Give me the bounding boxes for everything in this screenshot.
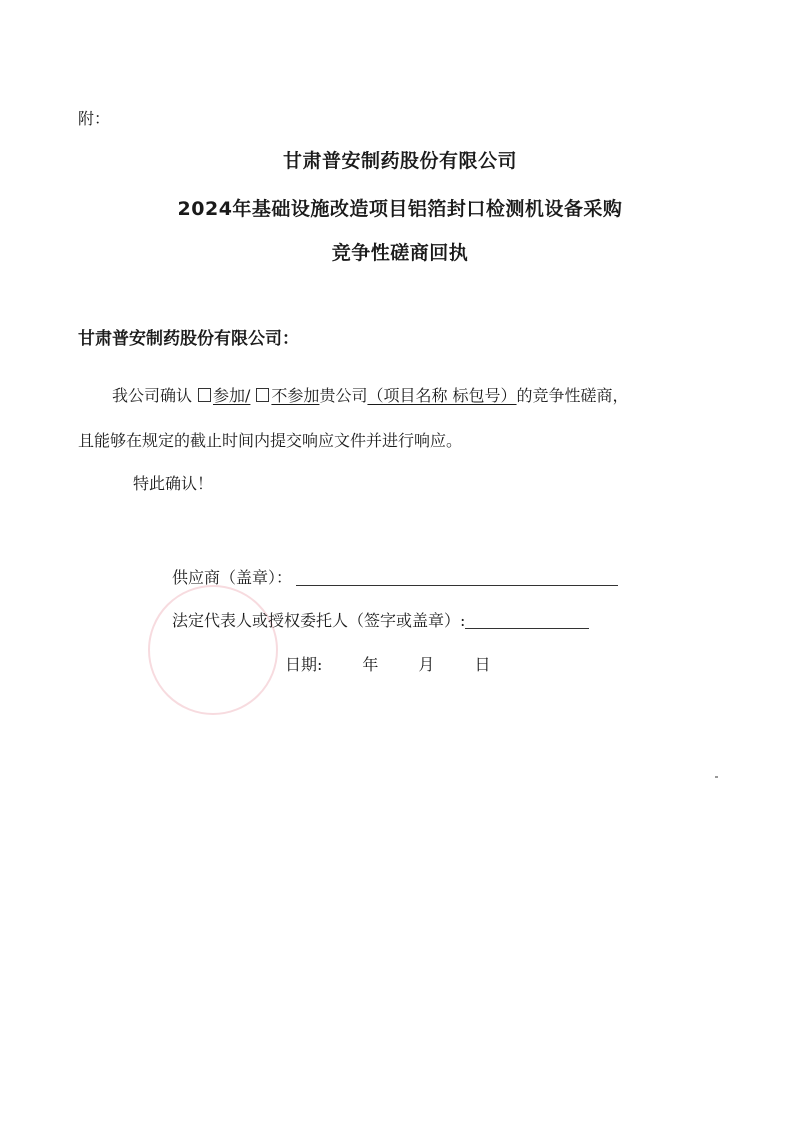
red-seal-stamp <box>148 585 278 715</box>
confirmation-paragraph-line2: 且能够在规定的截止时间内提交响应文件并进行响应。 <box>78 428 462 451</box>
year-label: 年 <box>362 655 378 674</box>
date-label: 日期: <box>285 655 322 674</box>
confirmation-statement: 特此确认！ <box>133 471 213 494</box>
title-document-type: 竞争性磋商回执 <box>0 238 800 265</box>
annex-label: 附： <box>78 106 110 129</box>
date-row: 日期:年月日 <box>285 652 490 675</box>
not-participate-label: 不参加 <box>271 386 319 405</box>
body-prefix: 我公司确认 <box>112 386 192 405</box>
body-suffix: 的竞争性磋商， <box>517 386 629 405</box>
title-company: 甘肃普安制药股份有限公司 <box>0 146 800 173</box>
addressee: 甘肃普安制药股份有限公司： <box>78 324 299 349</box>
month-label: 月 <box>418 655 434 674</box>
representative-label: 法定代表人或授权委托人（签字或盖章）: <box>172 611 465 630</box>
representative-signature-line[interactable] <box>465 614 589 629</box>
participation-options: 参加/不参加 <box>192 386 319 405</box>
supplier-signature-line[interactable] <box>296 571 618 586</box>
day-label: 日 <box>474 655 490 674</box>
project-name-field[interactable]: （项目名称 标包号） <box>367 386 516 405</box>
participate-checkbox[interactable] <box>198 388 211 402</box>
confirmation-paragraph-line1: 我公司确认参加/不参加贵公司（项目名称 标包号）的竞争性磋商， <box>112 383 629 406</box>
supplier-signature-row: 供应商（盖章）： <box>172 565 618 588</box>
representative-signature-row: 法定代表人或授权委托人（签字或盖章）: <box>172 608 589 631</box>
title-project: 2024年基础设施改造项目铝箔封口检测机设备采购 <box>0 194 800 221</box>
supplier-label: 供应商（盖章）： <box>172 568 292 587</box>
scan-speck <box>715 776 718 778</box>
participate-label: 参加/ <box>213 386 250 405</box>
body-middle: 贵公司 <box>319 386 367 405</box>
not-participate-checkbox[interactable] <box>256 388 269 402</box>
